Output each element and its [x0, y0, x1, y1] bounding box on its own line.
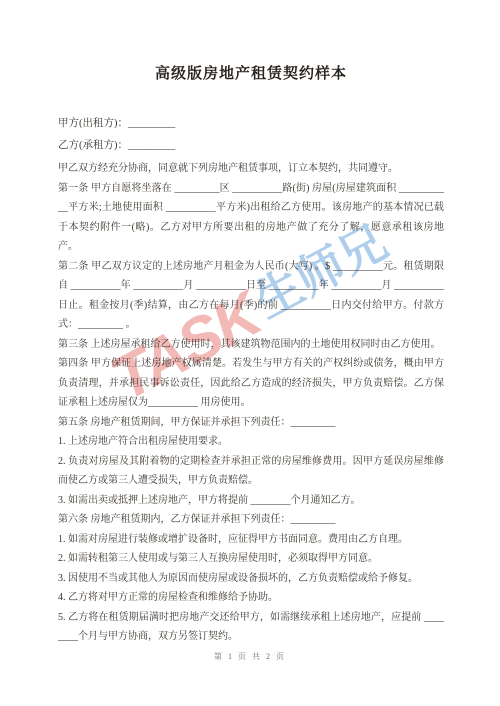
document-title: 高级版房地产租赁契约样本 [58, 62, 444, 83]
party-lines: 甲方(出租方)：_________ 乙方(承租方)：_________ [58, 113, 444, 157]
party-line: 乙方(承租方)：_________ [58, 135, 444, 157]
contract-paragraph: 1. 如需对房屋进行装修或增扩设备时，应征得甲方书面同意。费用由乙方自理。 [58, 530, 444, 550]
contract-paragraph: 2. 如需转租第三人使用或与第三人互换房屋使用时，必须取得甲方同意。 [58, 549, 444, 569]
contract-paragraph: 甲乙双方经充分协商，同意就下列房地产租赁事项，订立本契约，共同遵守。 [58, 159, 444, 179]
contract-content: 高级版房地产租赁契约样本 甲方(出租方)：_________ 乙方(承租方)：_… [0, 0, 500, 647]
contract-paragraph: 第二条 甲乙双方议定的上述房地产月租金为人民币(大写) 。$ _________… [58, 257, 444, 335]
contract-paragraph: 3. 如需出卖或抵押上述房地产，甲方将提前 ________个月通知乙方。 [58, 491, 444, 511]
contract-paragraph: 第三条 上述房屋承租给乙方使用时，其该建筑物范围内的土地使用权同时由乙方使用。 [58, 335, 444, 355]
contract-paragraph: 第一条 甲方自愿将坐落在 _________区 __________路(街) 房… [58, 179, 444, 257]
contract-clauses: 甲乙双方经充分协商，同意就下列房地产租赁事项，订立本契约，共同遵守。 第一条 甲… [58, 159, 444, 647]
contract-paragraph: 1. 上述房地产符合出租房屋使用要求。 [58, 432, 444, 452]
contract-paragraph: 4. 乙方将对甲方正常的房屋检查和维修给予协助。 [58, 588, 444, 608]
contract-paragraph: 第四条 甲方保证上述房地产权属清楚。若发生与甲方有关的产权纠纷或债务，概由甲方负… [58, 354, 444, 413]
party-line: 甲方(出租方)：_________ [58, 113, 444, 135]
contract-paragraph: 3. 因使用不当或其他人为原因而使房屋或设备损坏的，乙方负责赔偿或给予修复。 [58, 569, 444, 589]
contract-page: TASK生师兄 高级版房地产租赁契约样本 甲方(出租方)：_________ 乙… [0, 0, 500, 706]
contract-paragraph: 2. 负责对房屋及其附着物的定期检查并承担正常的房屋维修费用。因甲方延误房屋维修… [58, 452, 444, 491]
page-footer: 第 1 页 共 2 页 [0, 651, 500, 662]
contract-paragraph: 第五条 房地产租赁期间，甲方保证并承担下列责任：_________ [58, 413, 444, 433]
contract-paragraph: 第六条 房地产租赁期内，乙方保证并承担下列责任：_________ [58, 510, 444, 530]
contract-paragraph: 5. 乙方将在租赁期届满时把房地产交还给甲方，如需继续承租上述房地产，应提前 _… [58, 608, 444, 647]
